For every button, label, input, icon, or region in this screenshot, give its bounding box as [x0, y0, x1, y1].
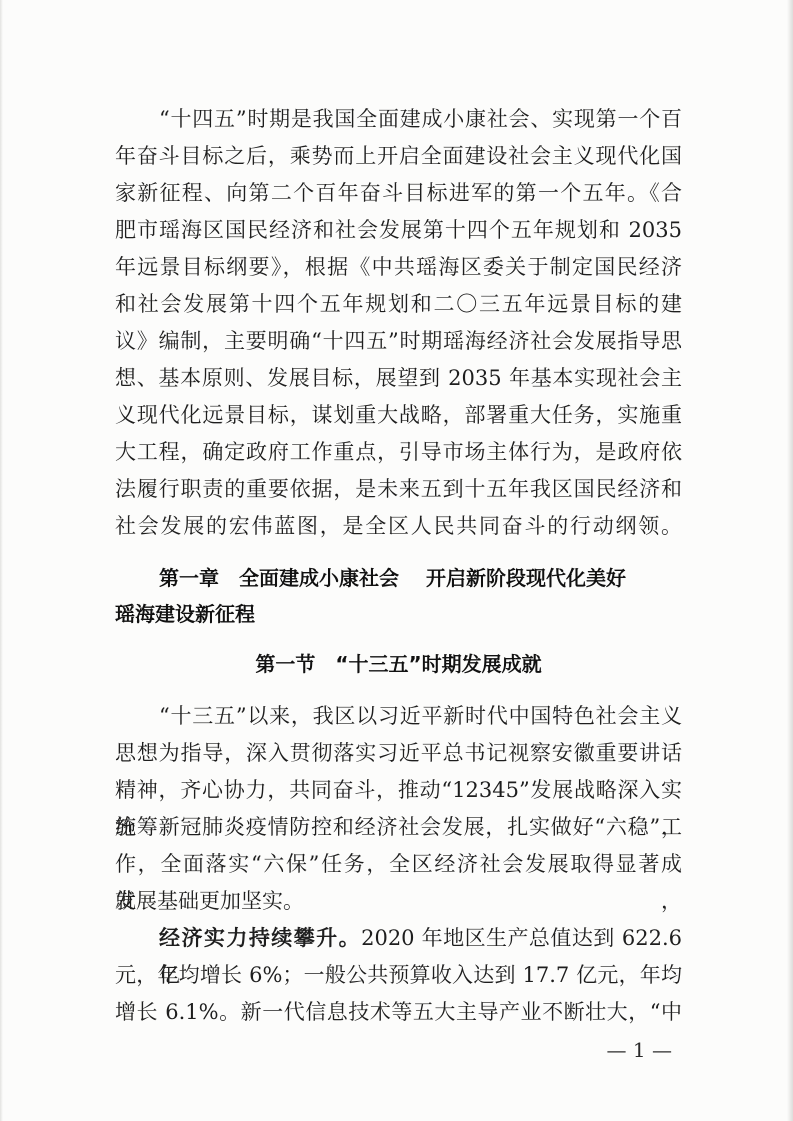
text-line: 统筹新冠肺炎疫情防控和经济社会发展，扎实做好“六稳”工	[115, 809, 682, 846]
text-line: 年奋斗目标之后，乘势而上开启全面建设社会主义现代化国	[115, 138, 682, 175]
text-line: 义现代化远景目标，谋划重大战略，部署重大任务，实施重	[115, 397, 682, 434]
scan-edge-right-artifact	[787, 0, 793, 1121]
section-heading: 第一节 “十三五”时期发展成就	[115, 646, 682, 682]
text-line: 思想为指导，深入贯彻落实习近平总书记视察安徽重要讲话	[115, 735, 682, 772]
paragraph-achievements: “十三五”以来，我区以习近平新时代中国特色社会主义思想为指导，深入贯彻落实习近平…	[115, 698, 682, 920]
text-line: 家新征程、向第二个百年奋斗目标进军的第一个五年。《合	[115, 175, 682, 212]
text-line: 大工程，确定政府工作重点，引导市场主体行为，是政府依	[115, 434, 682, 471]
text-line: 肥市瑶海区国民经济和社会发展第十四个五年规划和 2035	[115, 212, 682, 249]
page-number: — 1 —	[115, 1036, 682, 1064]
page-content: “十四五”时期是我国全面建成小康社会、实现第一个百年奋斗目标之后，乘势而上开启全…	[115, 101, 682, 1064]
text-line: 议》编制，主要明确“十四五”时期瑶海经济社会发展指导思	[115, 323, 682, 360]
text-line: 经济实力持续攀升。2020 年地区生产总值达到 622.6 亿	[115, 920, 682, 957]
paragraph-economy: 经济实力持续攀升。2020 年地区生产总值达到 622.6 亿元，年均增长 6%…	[115, 920, 682, 1031]
chapter-heading: 第一章 全面建成小康社会 开启新阶段现代化美好瑶海建设新征程	[115, 560, 682, 632]
text-line: “十三五”以来，我区以习近平新时代中国特色社会主义	[115, 698, 682, 735]
scan-edge-left-artifact	[0, 0, 3, 1121]
text-line: 增长 6.1%。新一代信息技术等五大主导产业不断壮大，“中	[115, 994, 682, 1031]
document-page: “十四五”时期是我国全面建成小康社会、实现第一个百年奋斗目标之后，乘势而上开启全…	[0, 0, 793, 1121]
text-line: “十四五”时期是我国全面建成小康社会、实现第一个百	[115, 101, 682, 138]
text-line: 瑶海建设新征程	[115, 596, 682, 632]
text-line: 法履行职责的重要依据，是未来五到十五年我区国民经济和	[115, 471, 682, 508]
text-line: 社会发展的宏伟蓝图，是全区人民共同奋斗的行动纲领。	[115, 508, 682, 545]
text-line: 年远景目标纲要》，根据《中共瑶海区委关于制定国民经济	[115, 249, 682, 286]
text-line: 第一章 全面建成小康社会 开启新阶段现代化美好	[115, 560, 682, 596]
text-line: 作，全面落实“六保”任务，全区经济社会发展取得显著成就，	[115, 846, 682, 883]
paragraph-intro: “十四五”时期是我国全面建成小康社会、实现第一个百年奋斗目标之后，乘势而上开启全…	[115, 101, 682, 545]
text-line: 和社会发展第十四个五年规划和二〇三五年远景目标的建	[115, 286, 682, 323]
text-line: 想、基本原则、发展目标，展望到 2035 年基本实现社会主	[115, 360, 682, 397]
text-line: 精神，齐心协力，共同奋斗，推动“12345”发展战略深入实施，	[115, 772, 682, 809]
text-line: 元，年均增长 6%；一般公共预算收入达到 17.7 亿元，年均	[115, 957, 682, 994]
bold-lead-text: 经济实力持续攀升。	[159, 926, 361, 950]
